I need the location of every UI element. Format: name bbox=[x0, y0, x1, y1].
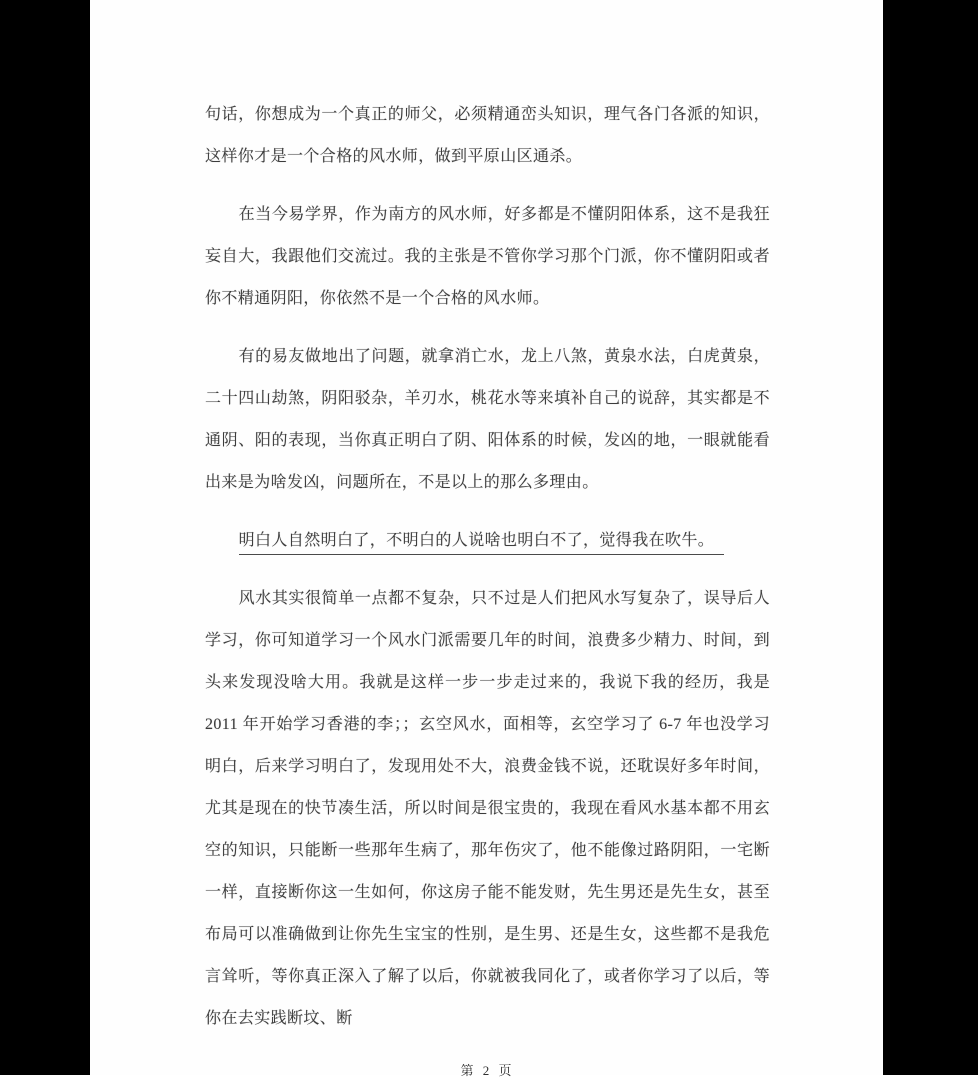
paragraph-fengshui-jingli: 风水其实很简单一点都不复杂，只不过是人们把风水写复杂了，误导后人学习，你可知道学… bbox=[205, 578, 770, 1040]
underlined-statement: 明白人自然明白了，不明白的人说啥也明白不了，觉得我在吹牛。 bbox=[205, 520, 770, 562]
right-black-band bbox=[883, 0, 978, 1075]
paragraph-yiyou-wenti: 有的易友做地出了问题，就拿消亡水，龙上八煞，黄泉水法，白虎黄泉，二十四山劫煞，阴… bbox=[205, 336, 770, 504]
underlined-statement-text: 明白人自然明白了，不明白的人说啥也明白不了，觉得我在吹牛。 bbox=[239, 532, 725, 555]
document-page: 句话，你想成为一个真正的师父，必须精通峦头知识，理气各门各派的知识，这样你才是一… bbox=[90, 0, 883, 1075]
paragraph-continuation: 句话，你想成为一个真正的师父，必须精通峦头知识，理气各门各派的知识，这样你才是一… bbox=[205, 94, 770, 178]
screenshot-canvas: 句话，你想成为一个真正的师父，必须精通峦头知识，理气各门各派的知识，这样你才是一… bbox=[0, 0, 978, 1080]
page-number: 第 2 页 bbox=[205, 1060, 770, 1079]
left-black-band bbox=[0, 0, 90, 1075]
paragraph-yixue-jie: 在当今易学界，作为南方的风水师，好多都是不懂阴阳体系，这不是我狂妄自大，我跟他们… bbox=[205, 194, 770, 320]
